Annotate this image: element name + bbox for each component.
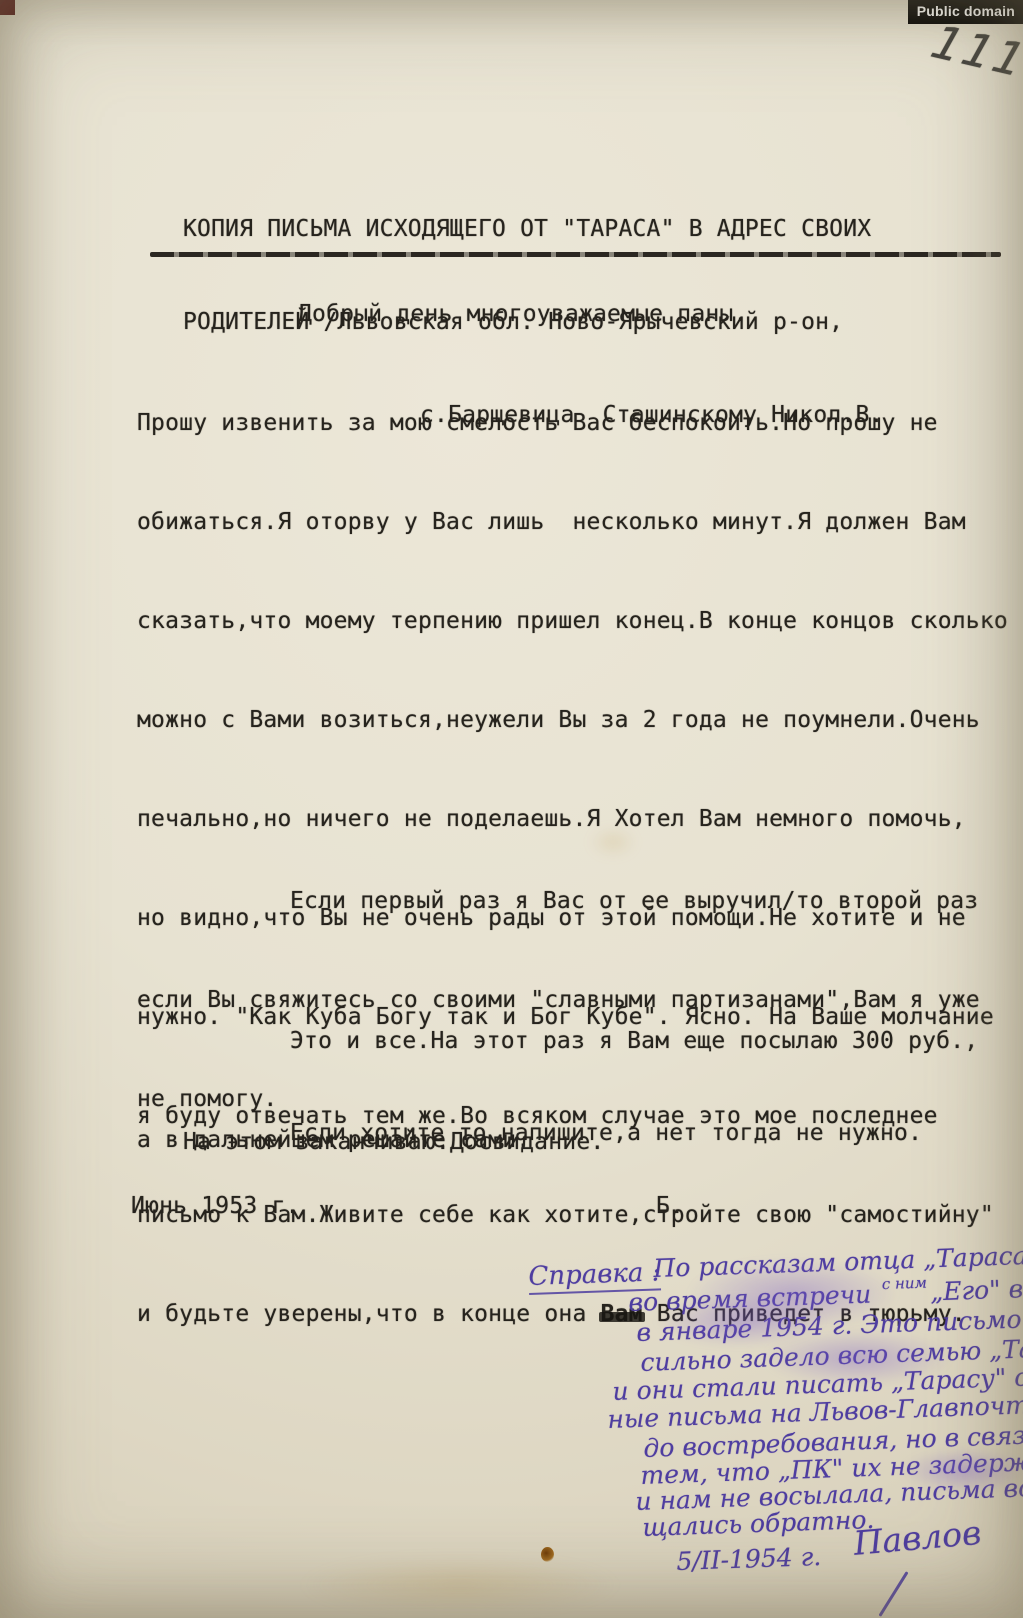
line-segment: и будьте уверены,что в конце она [137, 1301, 601, 1327]
letter-line: можно с Вами возиться,неужели Вы за 2 го… [137, 697, 1008, 744]
salutation-line: Добрый день многоуважаемые паны. [298, 300, 748, 328]
letter-line: Прошу извенить за мою смелость Вас беспо… [137, 400, 1008, 447]
note-date: 5/II-1954 г. [676, 1542, 822, 1576]
closing-line: На этом заканчиваю.Досвидание. [183, 1128, 604, 1156]
signature-initial: Б. [656, 1192, 684, 1220]
paper-stain [300, 1555, 620, 1615]
page-number-mark: 111 [920, 16, 1023, 86]
header-underline-rule [150, 252, 1001, 257]
letter-line: сказать,что моему терпению пришел конец.… [137, 598, 1008, 645]
corner-stain [0, 0, 15, 15]
stain-dot [541, 1547, 554, 1562]
header-line-1: КОПИЯ ПИСЬМА ИСХОДЯЩЕГО ОТ "ТАРАСА" В АД… [183, 214, 884, 245]
letter-line: обижаться.Я оторву у Вас лишь несколько … [137, 499, 1008, 546]
letter-date: Июнь 1953 г. [131, 1192, 300, 1220]
inserted-word: с ним [881, 1274, 927, 1294]
letter-line: Если первый раз я Вас от ее выручил/то в… [137, 878, 980, 925]
scanned-letter-page: Public domain 111 КОПИЯ ПИСЬМА ИСХОДЯЩЕГ… [0, 0, 1023, 1618]
signature-flourish [878, 1571, 908, 1617]
